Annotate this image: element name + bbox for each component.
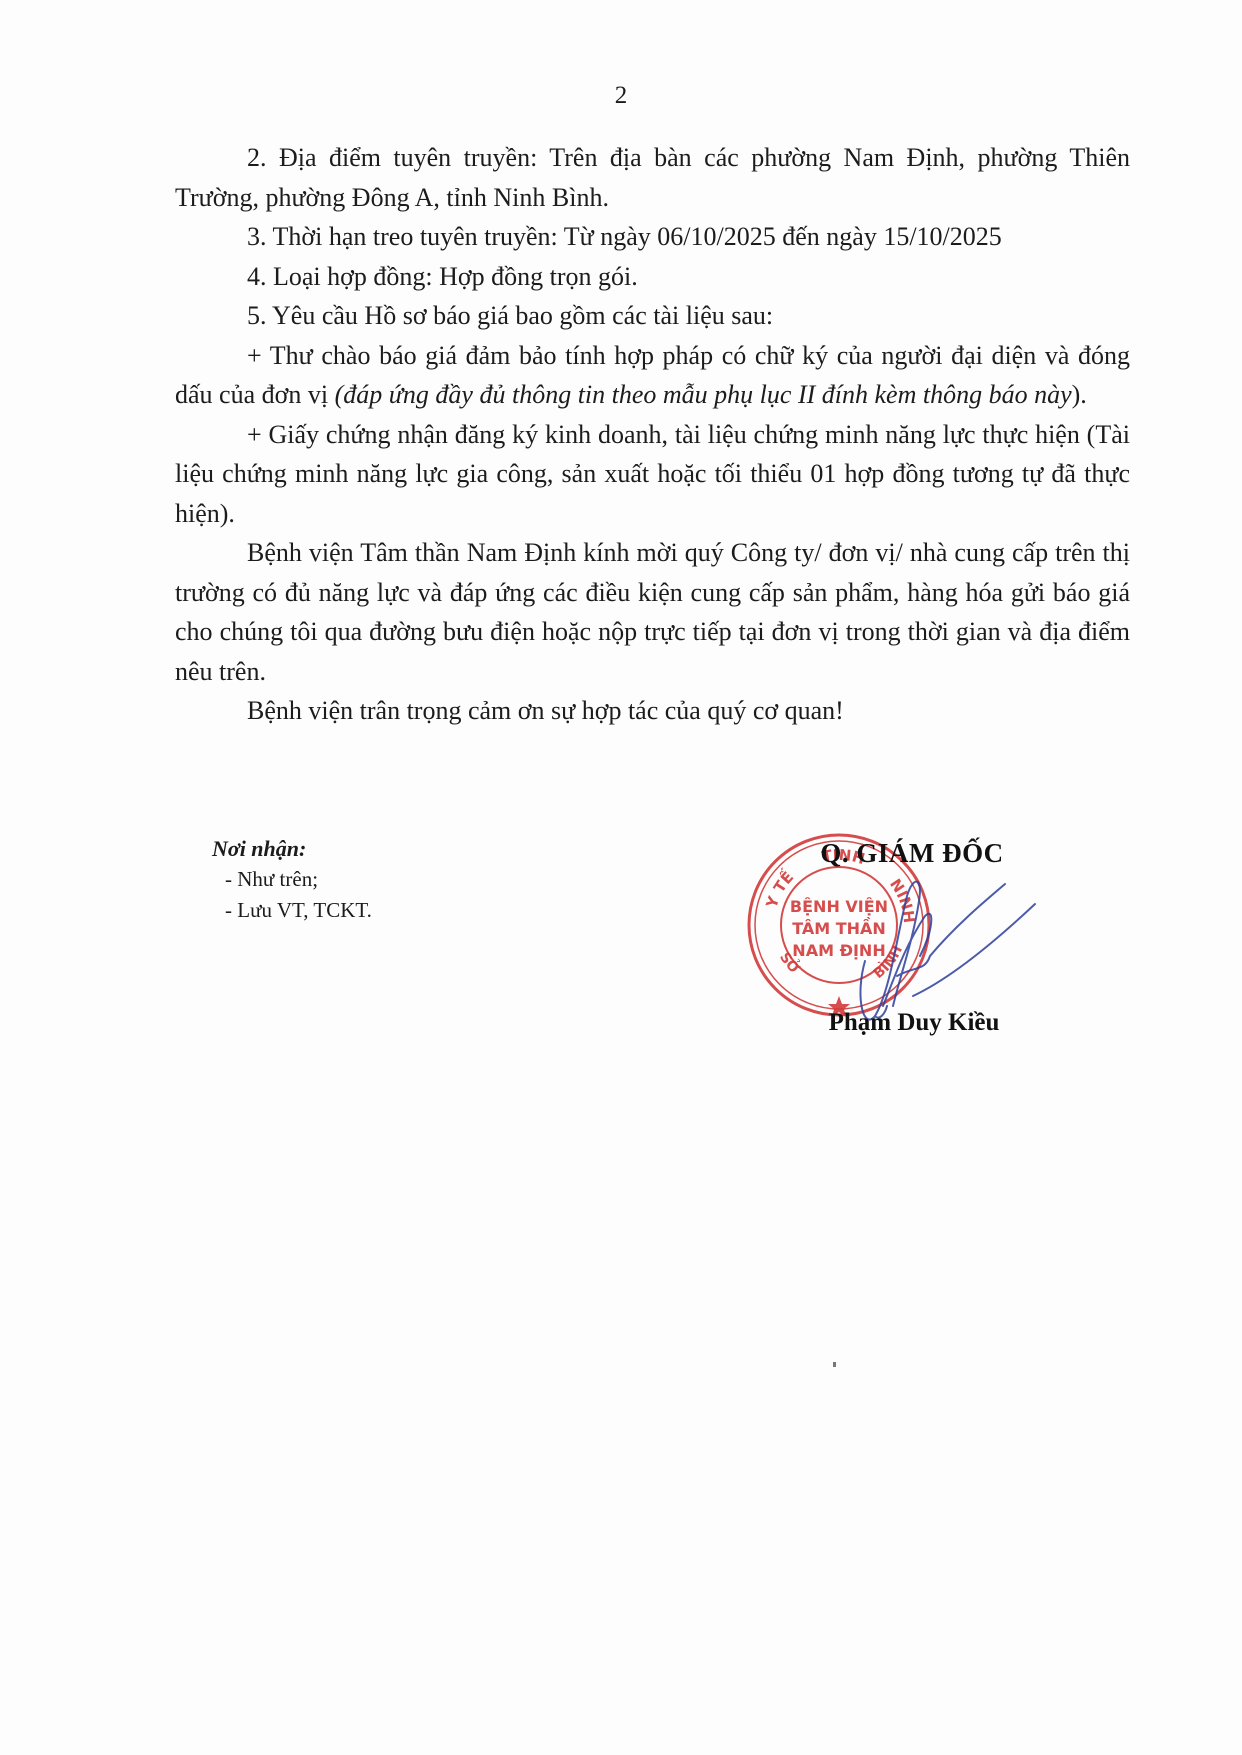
paragraph-location: 2. Địa điểm tuyên truyền: Trên địa bàn c… — [175, 138, 1130, 217]
paragraph-contract-type: 4. Loại hợp đồng: Hợp đồng trọn gói. — [175, 257, 1130, 297]
recipients-block: Nơi nhận: - Như trên; - Lưu VT, TCKT. — [212, 833, 372, 926]
recipient-item: - Như trên; — [212, 864, 372, 895]
recipients-title: Nơi nhận: — [212, 833, 372, 864]
signature-block: Y TẾ TỈNH NINH SỞ BÌNH BỆNH VIỆN TÂM THẦ… — [740, 826, 1040, 1056]
paragraph-business-certificate: + Giấy chứng nhận đăng ký kinh doanh, tà… — [175, 415, 1130, 534]
paragraph-quotation-letter: + Thư chào báo giá đảm bảo tính hợp pháp… — [175, 336, 1130, 415]
paragraph-invitation: Bệnh viện Tâm thần Nam Định kính mời quý… — [175, 533, 1130, 691]
document-page: 2 2. Địa điểm tuyên truyền: Trên địa bàn… — [0, 0, 1242, 1755]
handwritten-signature-icon — [835, 856, 1045, 1031]
paragraph-thanks: Bệnh viện trân trọng cảm ơn sự hợp tác c… — [175, 691, 1130, 731]
paragraph-requirements: 5. Yêu cầu Hồ sơ báo giá bao gồm các tài… — [175, 296, 1130, 336]
document-body: 2. Địa điểm tuyên truyền: Trên địa bàn c… — [175, 138, 1130, 731]
scan-artifact — [833, 1362, 836, 1367]
quotation-letter-note: (đáp ứng đầy đủ thông tin theo mẫu phụ l… — [335, 380, 1072, 409]
signer-name: Phạm Duy Kiều — [794, 1009, 1034, 1037]
quotation-letter-tail: ). — [1072, 380, 1087, 409]
page-number: 2 — [0, 82, 1242, 110]
recipient-item: - Lưu VT, TCKT. — [212, 895, 372, 926]
paragraph-duration: 3. Thời hạn treo tuyên truyền: Từ ngày 0… — [175, 217, 1130, 257]
